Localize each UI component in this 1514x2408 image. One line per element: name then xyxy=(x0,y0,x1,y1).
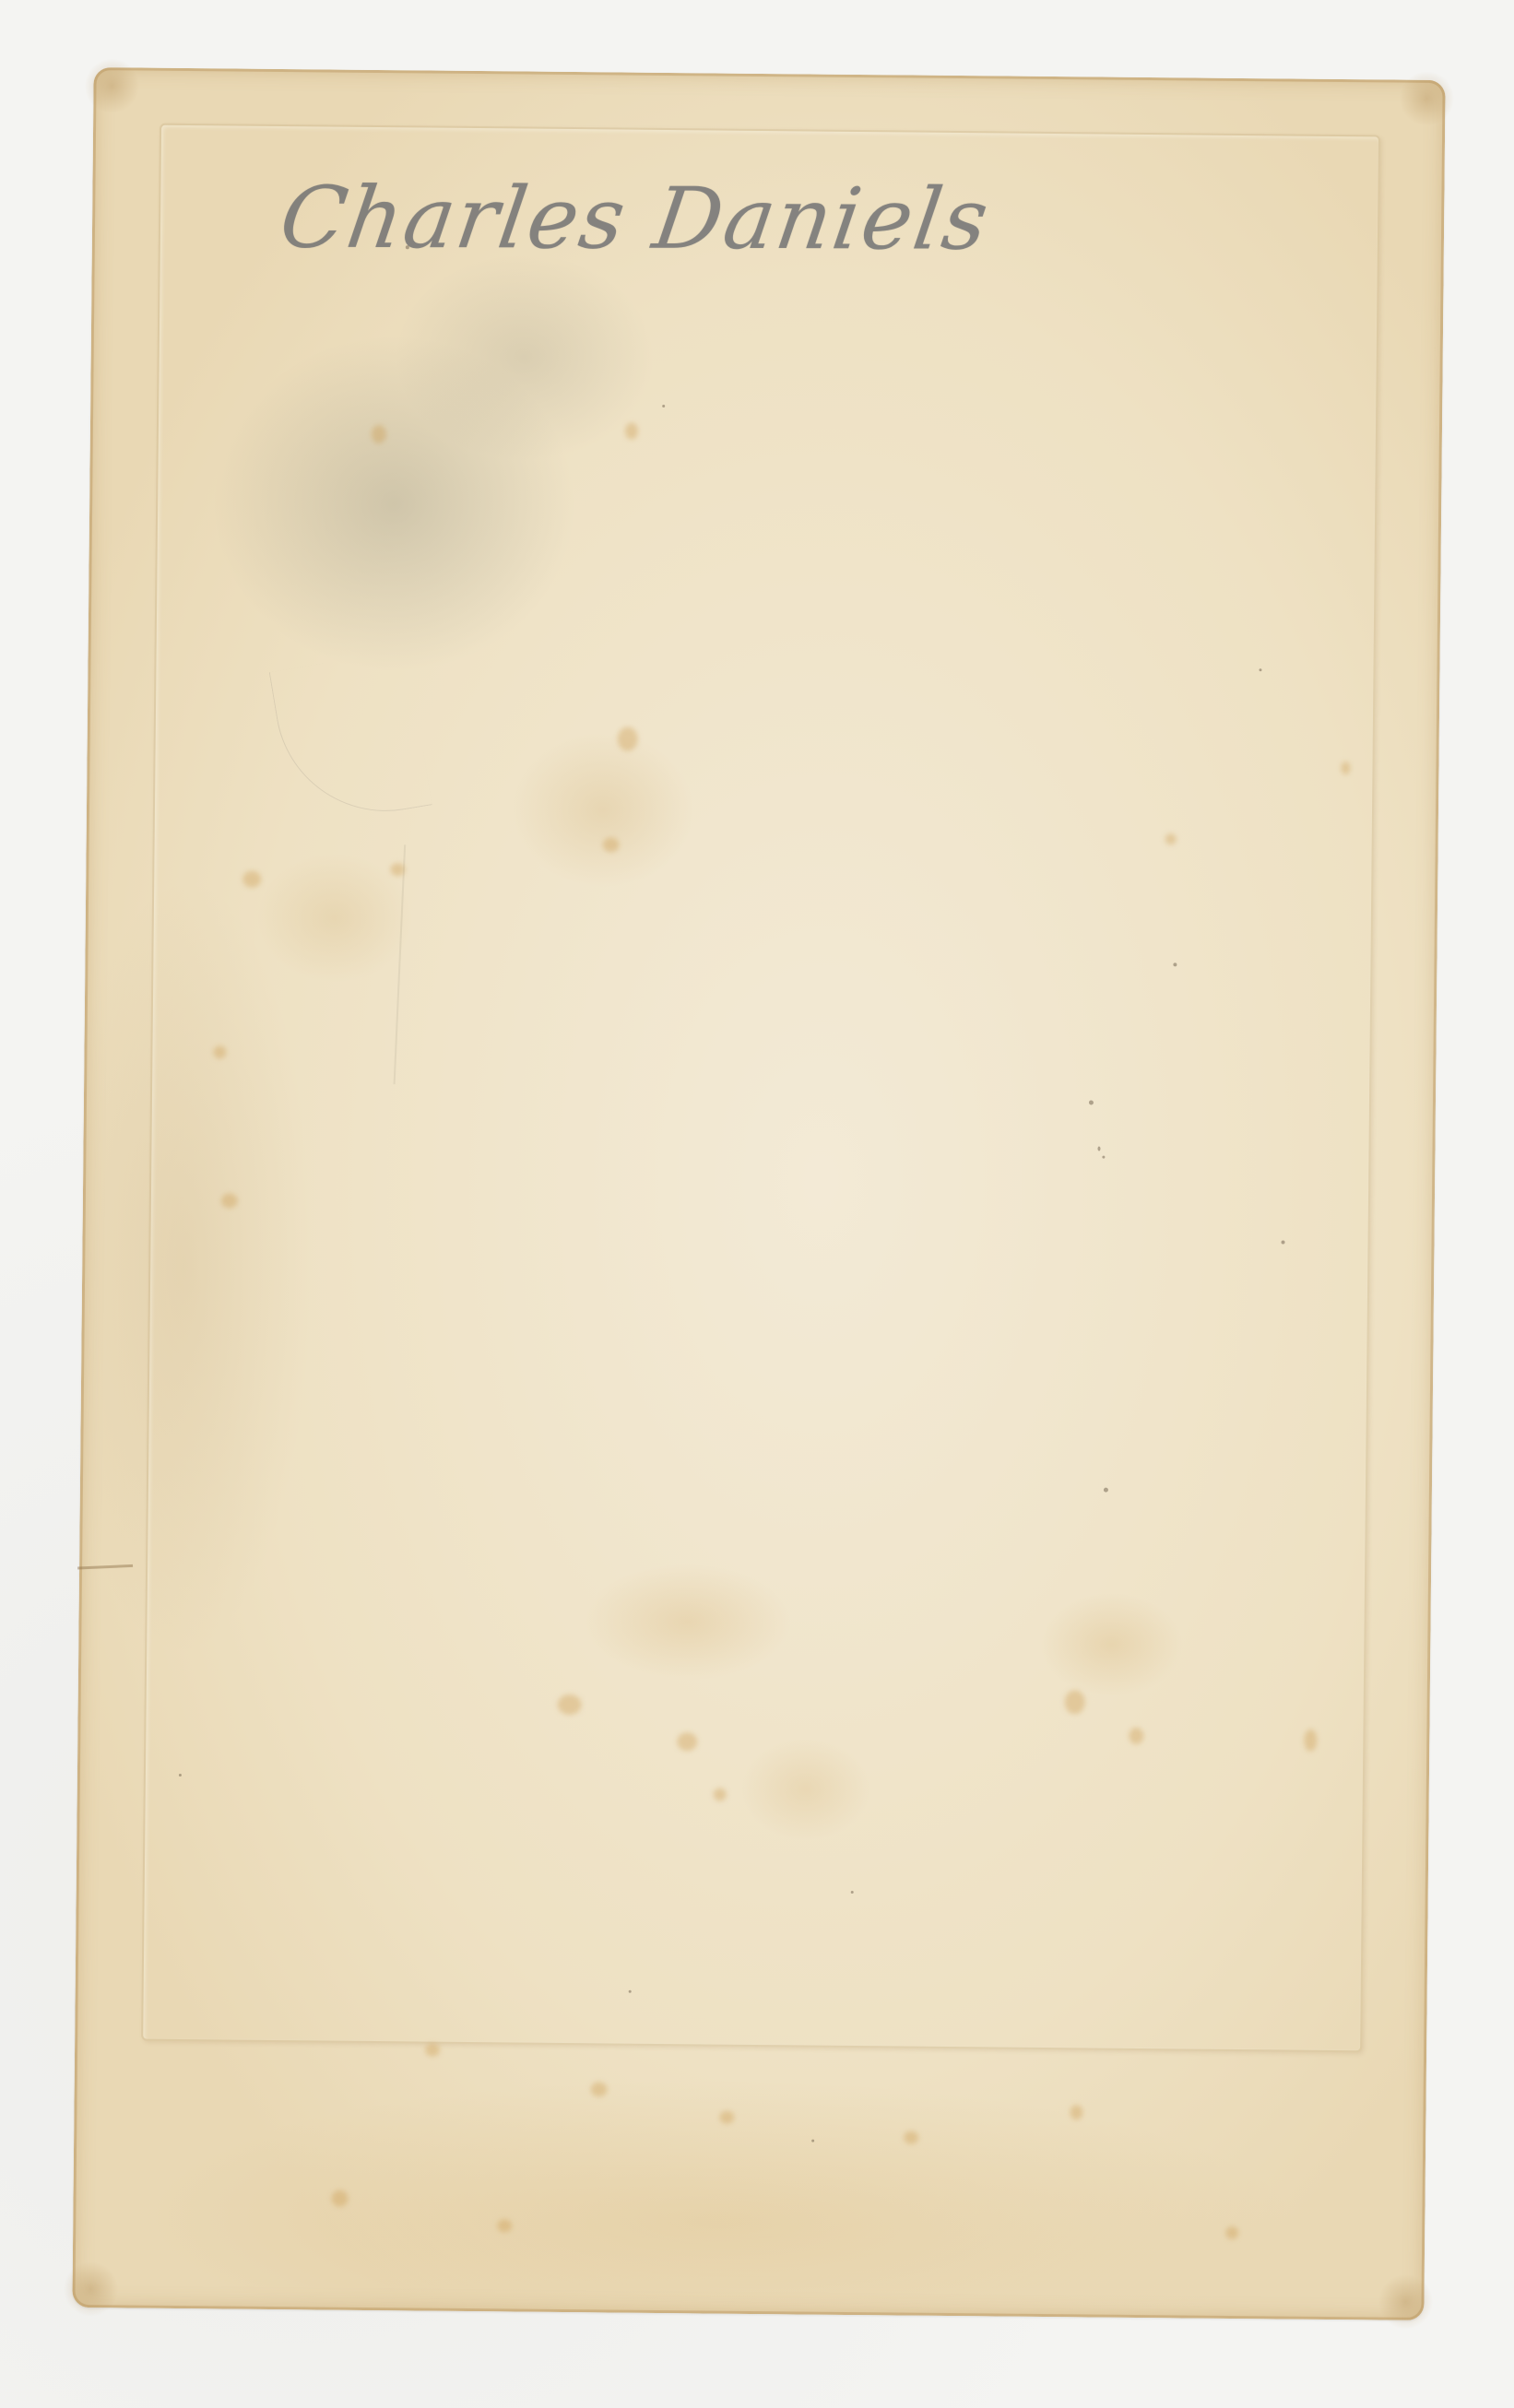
faint-vertical-mark xyxy=(394,844,407,1084)
foxing-stain xyxy=(591,2082,608,2096)
dust-speck xyxy=(851,1891,854,1894)
foxing-stain xyxy=(714,1788,727,1801)
foxing-stain xyxy=(1225,2226,1238,2239)
dust-speck xyxy=(629,1990,632,1993)
dust-speck xyxy=(811,2140,814,2142)
embossed-inner-border xyxy=(141,124,1380,2053)
foxing-stain xyxy=(625,423,638,440)
dust-speck xyxy=(1102,1156,1105,1159)
foxing-stain xyxy=(1304,1729,1317,1752)
foxing-stain xyxy=(221,1193,238,1208)
foxing-stain xyxy=(1129,1728,1143,1744)
dust-speck xyxy=(1097,1147,1100,1151)
dust-speck xyxy=(1173,962,1177,966)
dust-speck xyxy=(1089,1100,1094,1104)
foxing-stain xyxy=(904,2131,918,2144)
dust-speck xyxy=(662,405,665,407)
foxing-stain xyxy=(242,871,261,888)
foxing-stain xyxy=(1341,761,1350,774)
faint-pencil-mark xyxy=(269,649,432,827)
corner-wear-bottom-right xyxy=(1378,2274,1434,2331)
handwritten-inscription: Charles Daniels xyxy=(274,169,995,269)
corner-wear-top-right xyxy=(1399,71,1455,127)
dust-speck xyxy=(406,245,409,249)
foxing-stain xyxy=(1070,2105,1082,2119)
dust-speck xyxy=(1259,668,1261,671)
foxing-stain xyxy=(213,1045,226,1058)
foxing-stain xyxy=(618,727,638,751)
foxing-stain xyxy=(372,425,386,443)
foxing-stain xyxy=(425,2044,440,2057)
dust-speck xyxy=(1282,1240,1285,1244)
foxing-stain xyxy=(497,2219,512,2232)
foxing-stain xyxy=(677,1732,697,1751)
foxing-stain xyxy=(331,2190,348,2207)
photo-card-back: Charles Daniels xyxy=(72,67,1445,2320)
dust-speck xyxy=(179,1774,182,1776)
dust-speck xyxy=(1104,1488,1108,1493)
foxing-stain xyxy=(603,837,620,852)
foxing-stain xyxy=(1165,833,1177,844)
foxing-stain xyxy=(558,1694,582,1715)
foxing-stain xyxy=(1065,1690,1085,1714)
edge-nick xyxy=(77,1564,133,1570)
foxing-stain xyxy=(390,863,405,876)
corner-wear-top-left xyxy=(84,58,140,114)
foxing-stain xyxy=(719,2111,734,2124)
corner-wear-bottom-left xyxy=(63,2261,119,2318)
